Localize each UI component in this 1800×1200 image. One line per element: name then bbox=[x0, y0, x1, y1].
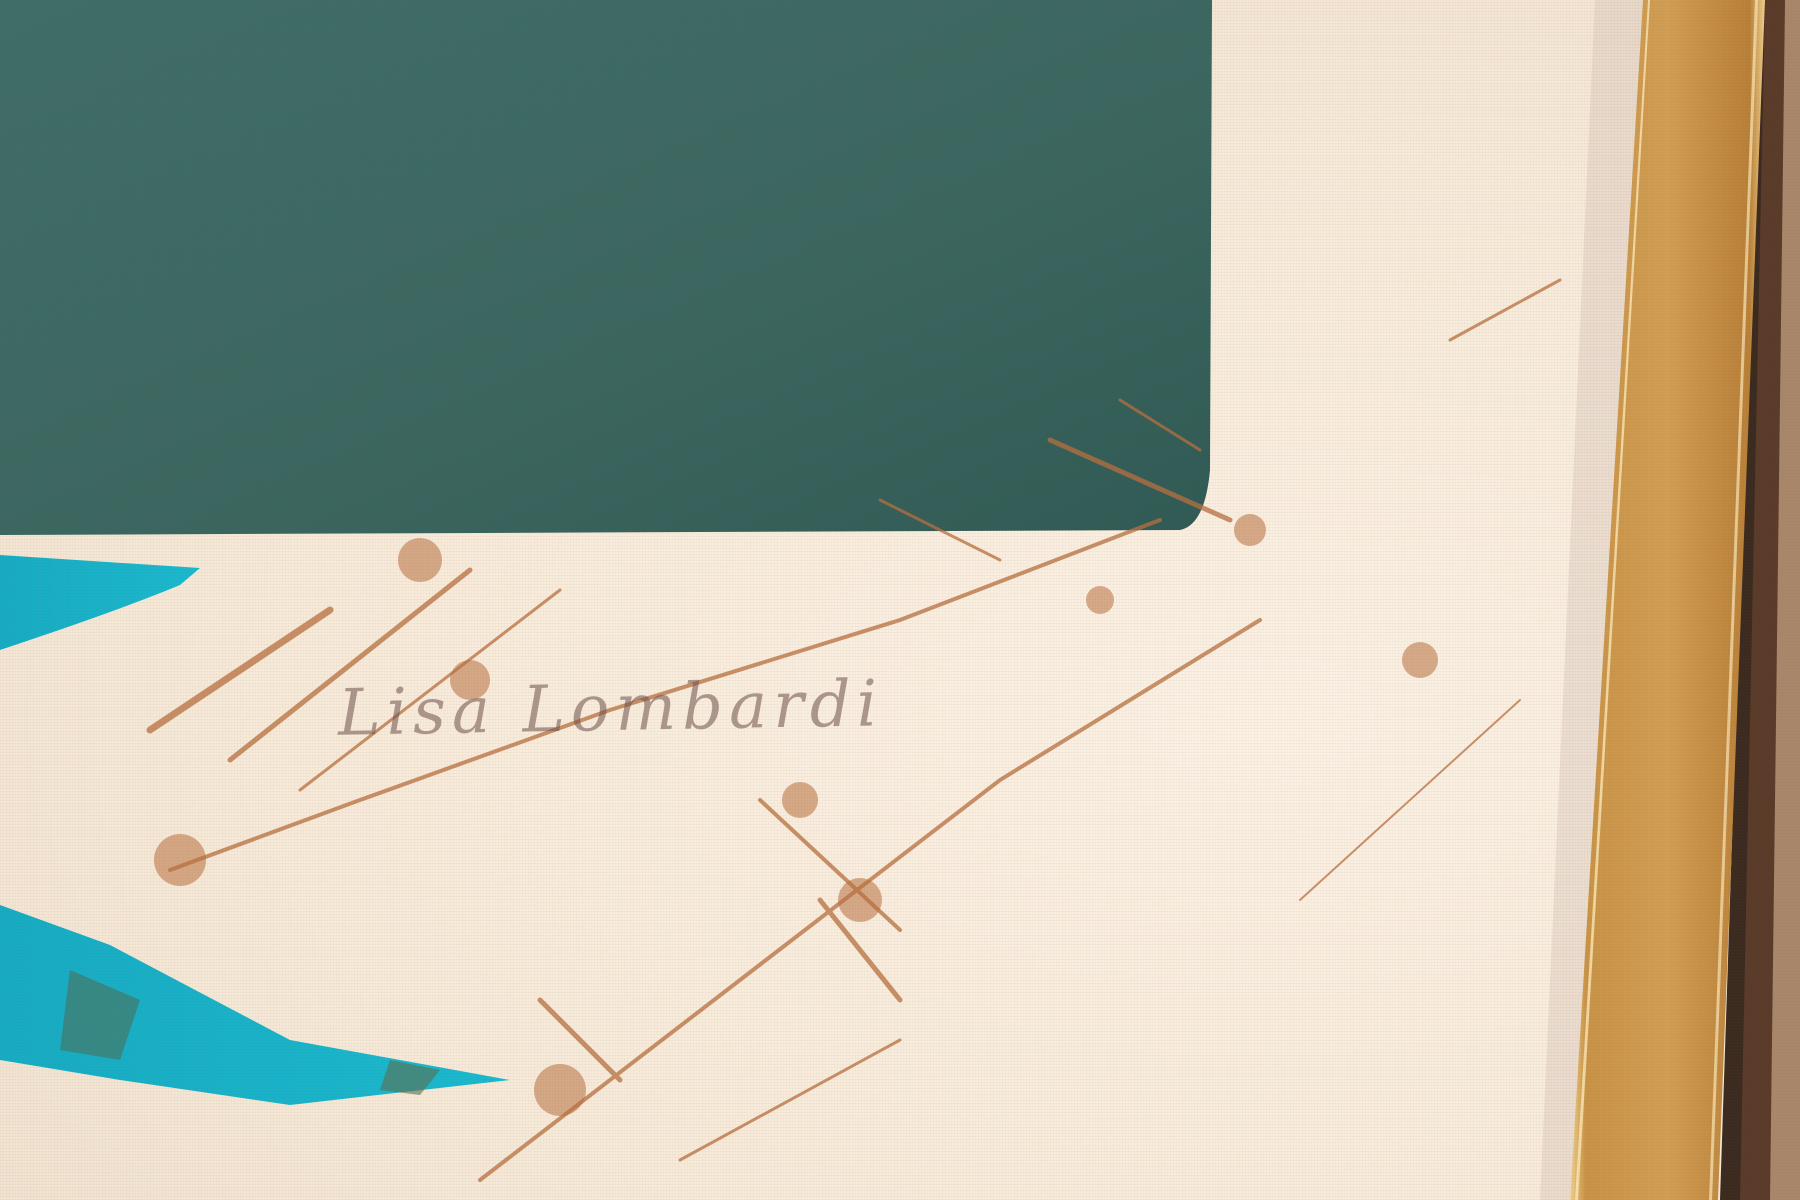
artwork-photo: Lisa Lombardi bbox=[0, 0, 1800, 1200]
turquoise-wedge-top bbox=[0, 555, 200, 650]
artist-signature: Lisa Lombardi bbox=[337, 667, 883, 751]
teal-block bbox=[0, 0, 1212, 535]
painting-shapes bbox=[0, 0, 1800, 1200]
